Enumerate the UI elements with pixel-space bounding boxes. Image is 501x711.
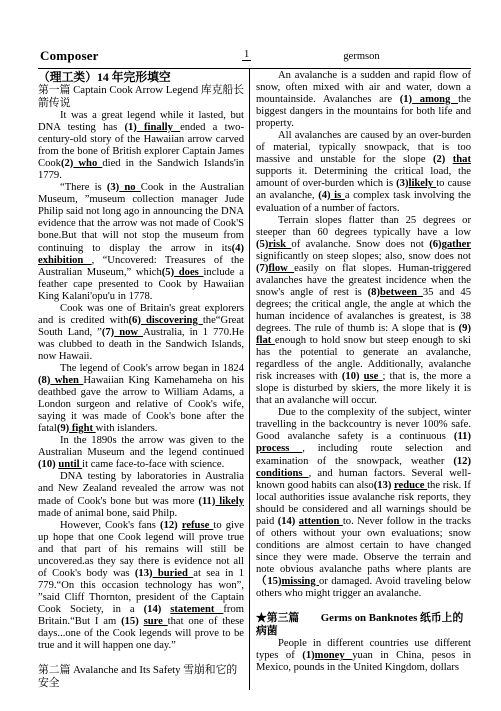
paragraph: Due to the complexity of the subject, wi… [256, 407, 471, 600]
cloze-answer: likely [409, 178, 437, 189]
cloze-answer: until [58, 459, 82, 470]
text-run: with islanders. [96, 423, 158, 434]
cloze-answer: likely [215, 496, 244, 507]
paragraph: DNA testing by laboratories in Australia… [38, 471, 244, 519]
document-page: Composer 1 germson （理工类）14 年完形填空 第一篇 Cap… [38, 46, 471, 690]
cloze-answer: who [73, 158, 102, 169]
cloze-answer: among [412, 94, 458, 105]
header-author: germson [252, 51, 471, 62]
blank-number: (5) [256, 239, 268, 250]
passage2-title: 第二篇 Avalanche and Its Safety 雪崩和它的安全 [38, 664, 244, 690]
text-run: of avalanche. Snow does not [291, 239, 429, 250]
text-run: “There is [60, 182, 107, 193]
paragraph: All avalanches are caused by an over-bur… [256, 130, 471, 214]
blank-number: (15) [121, 616, 144, 627]
blank-number: (13) [374, 480, 394, 491]
cloze-answer: process [256, 443, 302, 454]
text-run: significantly on steep slopes; also, sno… [256, 251, 471, 262]
blank-number: (11) [198, 496, 215, 507]
cloze-answer: between [380, 287, 423, 298]
blank-number: (13) [135, 568, 153, 579]
paragraph: It was a great legend while it lasted, b… [38, 110, 244, 182]
blank-number: (14) [144, 604, 171, 615]
blank-number: (1) [302, 650, 314, 661]
cloze-answer: flat [256, 335, 275, 346]
cloze-answer: gather [442, 239, 471, 250]
blank-number: （15) [256, 576, 281, 587]
blank-number: (8) [38, 375, 50, 386]
paragraph: Terrain slopes flatter than 25 degrees o… [256, 215, 471, 408]
blank-number: (5) [162, 267, 174, 278]
cloze-answer: no [119, 182, 141, 193]
text-run: Due to the complexity of the subject, wi… [256, 407, 471, 442]
cloze-answer: attention [299, 516, 343, 527]
blank-number: (14) [278, 516, 299, 527]
cloze-answer: now [114, 327, 143, 338]
blank-number: (8) [368, 287, 380, 298]
blank-number: (7) [102, 327, 114, 338]
paragraph: People in different countries use differ… [256, 638, 471, 674]
blank-number: (4) [318, 190, 330, 201]
blank-number: (2) [61, 158, 73, 169]
paragraph: “There is (3) no Cook in the Australian … [38, 182, 244, 302]
passage1-title: 第一篇 Captain Cook Arrow Legend 库克船长箭传说 [38, 84, 244, 110]
blank-number: (2) [433, 154, 453, 165]
paragraph: However, Cook's fans (12) refuse to give… [38, 520, 244, 653]
text-run: it came face-to-face with science. [82, 459, 224, 470]
blank-number: (3) [107, 182, 119, 193]
cloze-answer: missing [281, 576, 319, 587]
blank-number: (9) [459, 323, 471, 334]
text-run: However, Cook's fans [60, 520, 160, 531]
cloze-answer: use [364, 371, 383, 382]
blank-number: (1) [124, 122, 136, 133]
cloze-answer: does [174, 267, 203, 278]
paragraph: The legend of Cook's arrow began in 1824… [38, 363, 244, 435]
cloze-answer: conditions [256, 468, 309, 479]
paragraph: Cook was one of Britain's great explorer… [38, 303, 244, 363]
blank-number: (11) [454, 431, 471, 442]
blank-number: (7) [256, 263, 268, 274]
blank-number: (9) [57, 423, 69, 434]
cloze-answer: that [453, 154, 471, 165]
blank-number: (3) [396, 178, 408, 189]
left-column: （理工类）14 年完形填空 第一篇 Captain Cook Arrow Leg… [38, 69, 250, 690]
text-run: Terrain slopes flatter than 25 degrees o… [256, 215, 471, 238]
blank-number: (4) [232, 243, 244, 254]
paragraph: An avalanche is a sudden and rapid flow … [256, 70, 471, 130]
header-app-title: Composer [40, 48, 99, 64]
cloze-answer: sure [144, 616, 168, 627]
blank-number: (12) [160, 520, 182, 531]
cloze-answer: fight [69, 423, 95, 434]
two-column-body: （理工类）14 年完形填空 第一篇 Captain Cook Arrow Leg… [38, 68, 471, 690]
page-number: 1 [242, 49, 251, 61]
text-run: The legend of Cook's arrow began in 1824 [60, 363, 244, 374]
blank-number: (6) [129, 315, 141, 326]
text-run: made of animal bone, said Philp. [38, 508, 177, 519]
cloze-answer: refuse [182, 520, 214, 531]
text-run: In the 1890s the arrow was given to the … [38, 435, 244, 458]
cloze-answer: finally [137, 122, 180, 133]
blank-number: (1) [400, 94, 412, 105]
page-header: Composer 1 germson [38, 46, 471, 68]
cloze-answer: when [50, 375, 83, 386]
cloze-answer: risk [268, 239, 291, 250]
cloze-answer: flow [268, 263, 294, 274]
blank-number: (10) [342, 371, 364, 382]
cloze-answer: money [315, 650, 353, 661]
cloze-answer: discovering [141, 315, 203, 326]
blank-number: (12) [453, 456, 471, 467]
cloze-answer: statement [170, 604, 223, 615]
paragraph: In the 1890s the arrow was given to the … [38, 435, 244, 471]
section-title: （理工类）14 年完形填空 [38, 70, 244, 84]
cloze-answer: reduce [394, 480, 427, 491]
cloze-answer: is [331, 190, 345, 201]
passage3-title: ★第三篇 Germs on Banknotes 纸币上的病菌 [256, 612, 471, 638]
cloze-answer: buried [153, 568, 194, 579]
blank-number: (10) [38, 459, 58, 470]
cloze-answer: exhibition [38, 255, 92, 266]
blank-number: (6) [429, 239, 441, 250]
right-column: An avalanche is a sudden and rapid flow … [250, 69, 471, 690]
